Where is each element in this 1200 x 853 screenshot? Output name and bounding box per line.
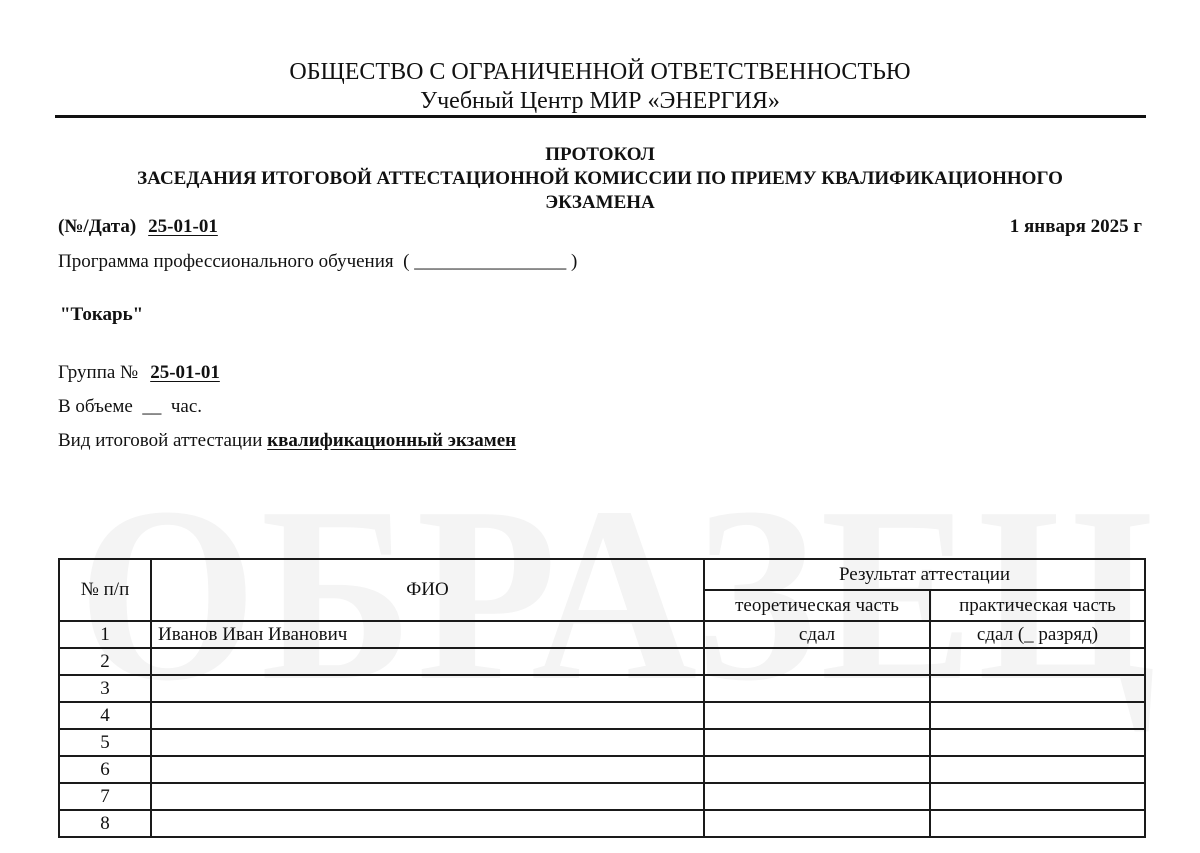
- title-line-3: ЭКЗАМЕНА: [0, 191, 1200, 215]
- row-number: 6: [59, 756, 151, 783]
- header-result: Результат аттестации: [704, 559, 1145, 590]
- document-title: ПРОТОКОЛ ЗАСЕДАНИЯ ИТОГОВОЙ АТТЕСТАЦИОНН…: [0, 143, 1200, 215]
- organization-name: ОБЩЕСТВО С ОГРАНИЧЕННОЙ ОТВЕТСТВЕННОСТЬЮ: [0, 58, 1200, 86]
- row-name: [151, 756, 704, 783]
- table-row: 8: [59, 810, 1145, 837]
- header-theory: теоретическая часть: [704, 590, 930, 621]
- row-name: [151, 675, 704, 702]
- row-theory-result: [704, 648, 930, 675]
- program-label: Программа профессионального обучения: [58, 251, 394, 272]
- table-row: 4: [59, 702, 1145, 729]
- row-theory-result: [704, 729, 930, 756]
- protocol-number-label: (№/Дата): [58, 216, 136, 237]
- protocol-number-value: 25-01-01: [148, 216, 218, 237]
- row-theory-result: [704, 756, 930, 783]
- table-row: 6: [59, 756, 1145, 783]
- row-name: [151, 729, 704, 756]
- table-row: 7: [59, 783, 1145, 810]
- row-theory-result: [704, 702, 930, 729]
- header-divider: [55, 115, 1146, 118]
- row-number: 2: [59, 648, 151, 675]
- group-label: Группа №: [58, 362, 138, 383]
- row-practice-result: [930, 702, 1145, 729]
- group-line: Группа №25-01-01: [58, 361, 220, 385]
- row-number: 1: [59, 621, 151, 648]
- row-practice-result: [930, 810, 1145, 837]
- program-line: Программа профессионального обучения ( _…: [58, 250, 577, 274]
- row-name: Иванов Иван Иванович: [151, 621, 704, 648]
- row-number: 4: [59, 702, 151, 729]
- row-number: 7: [59, 783, 151, 810]
- row-practice-result: [930, 675, 1145, 702]
- training-center-name: Учебный Центр МИР «ЭНЕРГИЯ»: [0, 87, 1200, 115]
- row-name: [151, 783, 704, 810]
- row-theory-result: [704, 675, 930, 702]
- table-row: 2: [59, 648, 1145, 675]
- table-row: 5: [59, 729, 1145, 756]
- row-name: [151, 702, 704, 729]
- attestation-type-label: Вид итоговой аттестации: [58, 430, 267, 451]
- hours-line: В объеме __ час.: [58, 395, 202, 419]
- protocol-number: (№/Дата)25-01-01: [58, 215, 218, 239]
- row-number: 8: [59, 810, 151, 837]
- row-practice-result: [930, 729, 1145, 756]
- title-line-1: ПРОТОКОЛ: [0, 143, 1200, 167]
- program-value: ( ________________ ): [394, 251, 578, 272]
- group-value: 25-01-01: [150, 362, 220, 383]
- table-row: 3: [59, 675, 1145, 702]
- row-number: 3: [59, 675, 151, 702]
- table-row: 1Иванов Иван Ивановичсдалсдал (_ разряд): [59, 621, 1145, 648]
- header-number: № п/п: [59, 559, 151, 621]
- row-practice-result: [930, 756, 1145, 783]
- profession-name: "Токарь": [60, 303, 143, 327]
- row-practice-result: [930, 783, 1145, 810]
- results-table: № п/п ФИО Результат аттестации теоретиче…: [58, 558, 1146, 838]
- row-theory-result: [704, 783, 930, 810]
- row-theory-result: [704, 810, 930, 837]
- title-line-2: ЗАСЕДАНИЯ ИТОГОВОЙ АТТЕСТАЦИОННОЙ КОМИСС…: [0, 167, 1200, 191]
- row-practice-result: сдал (_ разряд): [930, 621, 1145, 648]
- row-name: [151, 810, 704, 837]
- header-practice: практическая часть: [930, 590, 1145, 621]
- row-number: 5: [59, 729, 151, 756]
- protocol-date: 1 января 2025 г: [1010, 215, 1142, 239]
- attestation-type-line: Вид итоговой аттестации квалификационный…: [58, 429, 516, 453]
- row-name: [151, 648, 704, 675]
- header-name: ФИО: [151, 559, 704, 621]
- row-practice-result: [930, 648, 1145, 675]
- row-theory-result: сдал: [704, 621, 930, 648]
- attestation-type-value: квалификационный экзамен: [267, 430, 516, 451]
